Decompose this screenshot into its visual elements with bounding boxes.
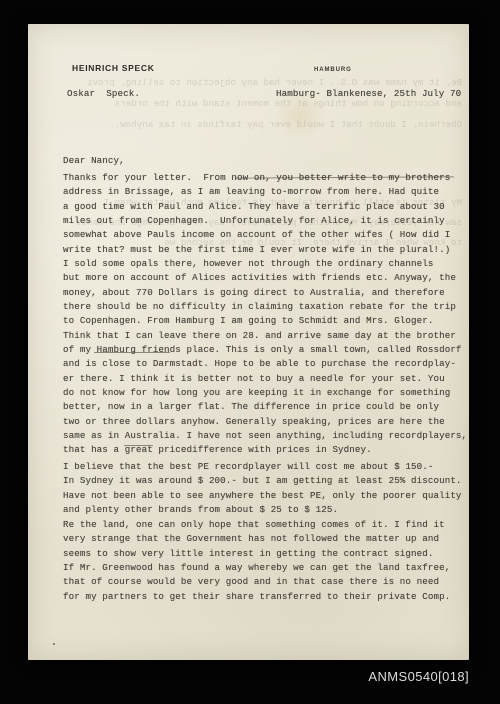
salutation: Dear Nancy, <box>63 154 125 168</box>
letter-paragraph-3: I believe that the best PE recordplayer … <box>63 460 462 517</box>
typed-sender-name: Oskar Speck. <box>67 87 140 101</box>
paper-blemish <box>53 643 55 645</box>
bleedthrough-text: Oberhein, I doubt that I would ever pay … <box>58 118 462 132</box>
typed-dateline: Hamburg- Blankenese, 25th July 70 <box>276 87 461 101</box>
catalog-number-label: ANMS0540[018] <box>368 669 469 684</box>
letter-paragraph-4: Re the land, one can only hope that some… <box>63 518 450 604</box>
letter-paragraph-2: I sold some opals there, however not thr… <box>63 257 467 458</box>
letter-paragraph-1: Thanks for your letter. From now on, you… <box>63 171 450 257</box>
letterhead-city: HAMBURG <box>314 67 352 73</box>
letter-paper: Be, it my name was O.S.. I never had any… <box>28 24 469 660</box>
ink-mark <box>124 445 153 446</box>
ink-mark <box>94 352 170 353</box>
scanned-letter-photo: Be, it my name was O.S.. I never had any… <box>0 0 500 704</box>
letterhead-name: HEINRICH SPECK <box>72 63 155 73</box>
